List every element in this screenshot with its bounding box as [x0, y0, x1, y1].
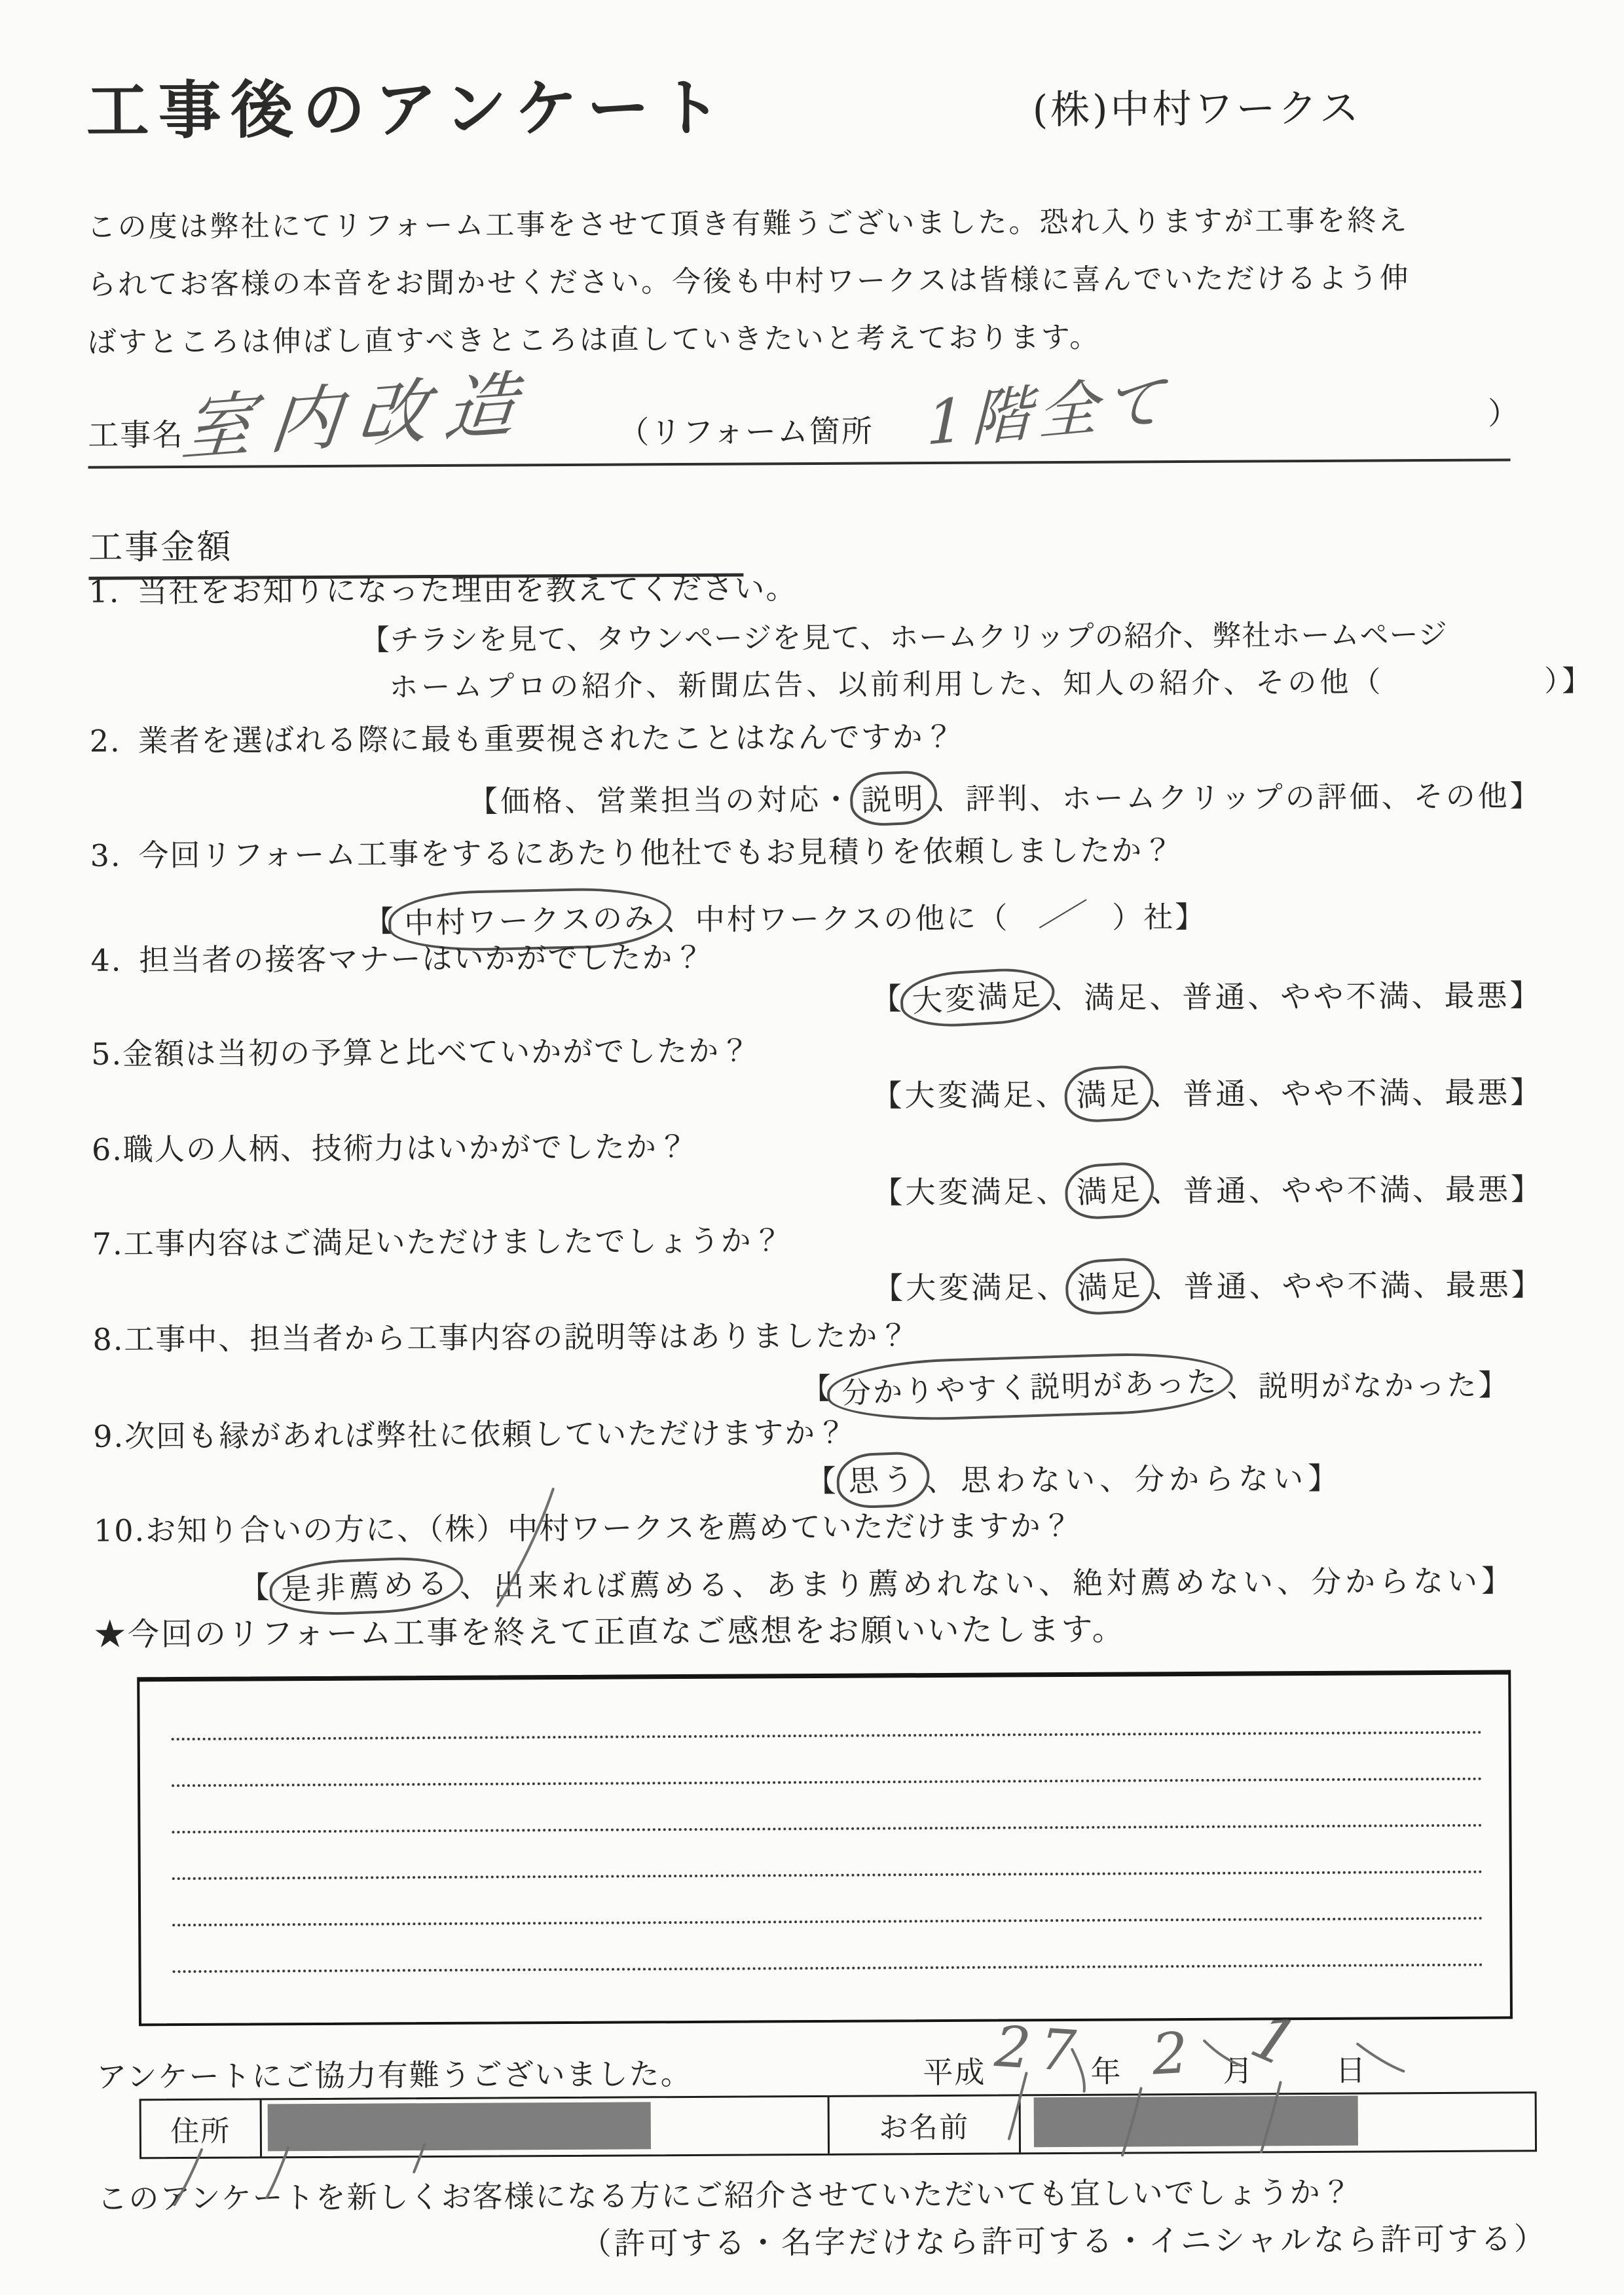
intro-line: ばすところは伸ばし直すべきところは直していきたいと考えております。 — [87, 314, 1100, 361]
day-label: 日 — [1335, 2047, 1367, 2090]
question-text: 当社をお知りになった理由を教えてください。 — [137, 570, 797, 609]
options-post: 、普通、やや不満、最悪】 — [1151, 1267, 1544, 1304]
question-number: 4. — [90, 943, 122, 978]
question-3: 3.今回リフォーム工事をするにあたり他社でもお見積りを依頼しましたか？ — [90, 826, 1174, 875]
circled-answer: 分かりやすく説明があった — [826, 1350, 1234, 1423]
question-1-options-line1: 【チラシを見て、タウンページを見て、ホームクリップの紹介、弊社ホームページ — [361, 611, 1448, 659]
question-number: 10. — [94, 1513, 145, 1548]
reform-area-label: （リフォーム箇所 — [618, 407, 874, 452]
handwritten-company-count: ／ — [1037, 881, 1084, 941]
page-title: 工事後のアンケート — [86, 58, 731, 151]
options-mid: 、中村ワークスの他に（ — [664, 900, 1041, 937]
options-pre: 【大変満足、 — [872, 1174, 1069, 1211]
address-redaction-box — [268, 2102, 651, 2151]
comment-writing-line — [173, 1964, 1484, 1973]
circled-answer: 説明 — [849, 769, 938, 827]
handwritten-reform-area: 1階全て — [926, 352, 1172, 462]
comment-writing-line — [172, 1871, 1483, 1880]
question-number: 8. — [92, 1322, 124, 1357]
question-7: 7.工事内容はご満足いただけましたでしょうか？ — [92, 1217, 784, 1264]
question-5: 5.金額は当初の予算と比べていかがでしたか？ — [91, 1027, 751, 1073]
intro-line: この度は弊社にてリフォーム工事をさせて頂き有難うございました。恐れ入りますが工事… — [86, 196, 1409, 246]
circled-answer: 思う — [836, 1451, 931, 1509]
question-1-options-line2: ホームプロの紹介、新聞広告、以前利用した、知人の紹介、その他（ ）】 — [389, 657, 1594, 706]
options-post: 、出来れば薦める、あまり薦めれない、絶対薦めない、分からない】 — [460, 1563, 1515, 1604]
circled-answer: 満足 — [1064, 1257, 1156, 1316]
name-label-cell: お名前 — [830, 2096, 1021, 2154]
options-pre: 【 — [872, 981, 904, 1016]
circled-answer: 満足 — [1064, 1161, 1156, 1221]
question-number: 6. — [92, 1132, 123, 1167]
options-post: 、説明がなかった】 — [1227, 1368, 1509, 1404]
handwritten-year: 27 — [993, 2014, 1087, 2085]
circled-answer: 大変満足 — [899, 966, 1056, 1029]
options-pre: 【 — [239, 1570, 273, 1605]
options-post: 、思わない、分からない】 — [926, 1460, 1342, 1497]
comment-writing-line — [172, 1917, 1483, 1926]
handwritten-project-name: 室内改造 — [178, 346, 538, 475]
options-post: 、普通、やや不満、最悪】 — [1150, 1074, 1543, 1112]
question-text: 工事内容はご満足いただけましたでしょうか？ — [124, 1222, 784, 1261]
question-4-options: 【大変満足、満足、普通、やや不満、最悪】 — [872, 970, 1543, 1019]
question-number: 7. — [92, 1226, 124, 1262]
question-text: 今回リフォーム工事をするにあたり他社でもお見積りを依頼しましたか？ — [138, 832, 1174, 873]
question-1: 1.当社をお知りになった理由を教えてください。 — [88, 564, 797, 612]
options-post: 、満足、普通、やや不満、最悪】 — [1051, 978, 1542, 1016]
circled-answer: 満足 — [1063, 1064, 1155, 1124]
question-text: 職人の人柄、技術力はいかがでしたか？ — [123, 1129, 689, 1167]
question-text: 業者を選ばれる際に最も重要視されたことはなんですか？ — [138, 719, 955, 759]
question-9-options: 【思う、思わない、分からない】 — [805, 1454, 1342, 1502]
options-pre: 【 — [806, 1463, 841, 1498]
project-name-label: 工事名 — [88, 411, 184, 455]
era-label: 平成 — [923, 2049, 986, 2093]
question-3-options: 【中村ワークスのみ、中村ワークスの他に（ ／ ）社】 — [364, 883, 1207, 943]
question-number: 3. — [90, 838, 122, 873]
reform-area-close-paren: ） — [1488, 389, 1520, 433]
year-label: 年 — [1090, 2048, 1122, 2091]
permission-question: このアンケートを新しくお客様になる方にご紹介させていただいても宜しいでしょうか？ — [97, 2169, 1353, 2218]
question-2-options: 【価格、営業担当の対応・説明、評判、ホームクリップの評価、その他】 — [468, 771, 1542, 822]
question-text: 金額は当初の予算と比べていかがでしたか？ — [122, 1033, 751, 1071]
handwritten-month: 2 — [1150, 2021, 1189, 2088]
options-post: 、評判、ホームクリップの評価、その他】 — [933, 779, 1541, 817]
comment-box — [137, 1670, 1513, 2026]
question-6-options: 【大変満足、満足、普通、やや不満、最悪】 — [872, 1164, 1543, 1213]
options-post: ）社】 — [1080, 900, 1206, 935]
address-label: 住所 — [170, 2108, 231, 2150]
intro-line: られてお客様の本音をお聞かせください。今後も中村ワークスは皆様に喜んでいただける… — [87, 254, 1411, 303]
question-text: 担当者の接客マナーはいかがでしたか？ — [139, 940, 705, 978]
question-number: 2. — [90, 724, 121, 759]
question-text: 工事中、担当者から工事内容の説明等はありましたか？ — [124, 1317, 910, 1357]
feedback-prompt: ★今回のリフォーム工事を終えて正直なご感想をお願いいたします。 — [94, 1604, 1126, 1655]
thanks-text: アンケートにご協力有難うございました。 — [96, 2050, 692, 2097]
question-6: 6.職人の人柄、技術力はいかがでしたか？ — [92, 1123, 689, 1169]
scanned-survey-page: 工事後のアンケート (株)中村ワークス この度は弊社にてリフォーム工事をさせて頂… — [0, 0, 1624, 2295]
comment-writing-line — [172, 1824, 1483, 1833]
question-4: 4.担当者の接客マナーはいかがでしたか？ — [90, 934, 705, 980]
name-redaction-box — [1034, 2096, 1358, 2148]
company-name: (株)中村ワークス — [1032, 77, 1361, 136]
options-pre: 【大変満足、 — [872, 1077, 1068, 1114]
name-label: お名前 — [879, 2104, 969, 2146]
question-number: 9. — [93, 1419, 124, 1454]
question-number: 5. — [91, 1037, 122, 1072]
question-2: 2.業者を選ばれる際に最も重要視されたことはなんですか？ — [90, 713, 955, 761]
question-8: 8.工事中、担当者から工事内容の説明等はありましたか？ — [92, 1312, 910, 1359]
options-post: 、普通、やや不満、最悪】 — [1151, 1171, 1543, 1209]
contact-table: 住所 お名前 — [139, 2091, 1537, 2159]
address-label-cell: 住所 — [141, 2100, 262, 2157]
comment-writing-line — [172, 1731, 1483, 1740]
permission-options: （許可する・名字だけなら許可する・イニシャルなら許可する） — [581, 2214, 1548, 2264]
question-text: お知り合いの方に、（株）中村ワークスを薦めていただけますか？ — [145, 1508, 1073, 1548]
options-pre: 【価格、営業担当の対応・ — [468, 782, 853, 818]
question-9: 9.次回も縁があれば弊社に依頼していただけますか？ — [93, 1409, 847, 1456]
question-5-options: 【大変満足、満足、普通、やや不満、最悪】 — [872, 1067, 1543, 1116]
options-pre: 【大変満足、 — [873, 1270, 1069, 1306]
question-text: 次回も縁があれば弊社に依頼していただけますか？ — [124, 1415, 847, 1454]
comment-writing-line — [172, 1778, 1483, 1787]
question-8-options: 【分かりやすく説明があった、説明がなかった】 — [802, 1359, 1510, 1409]
question-10: 10.お知り合いの方に、（株）中村ワークスを薦めていただけますか？ — [94, 1502, 1073, 1551]
question-7-options: 【大変満足、満足、普通、やや不満、最悪】 — [873, 1260, 1544, 1309]
question-number: 1. — [88, 574, 120, 610]
question-10-options: 【是非薦める、出来れば薦める、あまり薦めれない、絶対薦めない、分からない】 — [239, 1556, 1515, 1608]
